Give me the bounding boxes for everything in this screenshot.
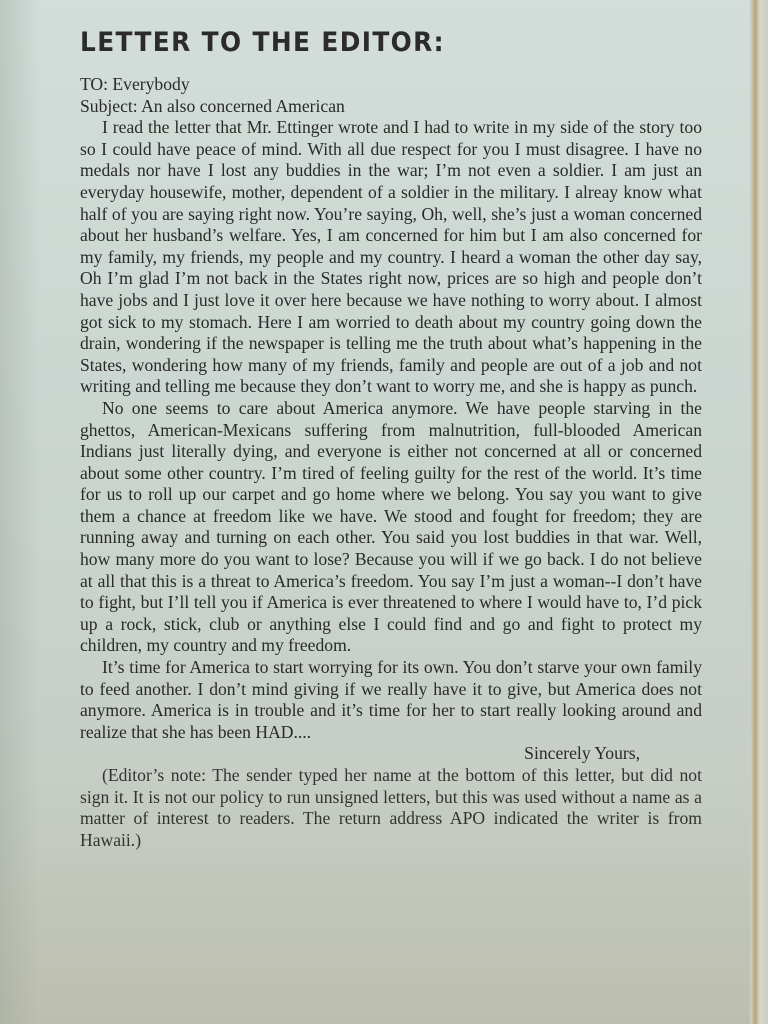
subject-line: Subject: An also concerned American <box>80 96 702 118</box>
body-paragraph-2: No one seems to care about America anymo… <box>80 398 702 657</box>
editors-note: (Editor’s note: The sender typed her nam… <box>80 765 702 851</box>
article-title: LETTER TO THE EDITOR: <box>80 26 652 60</box>
scanned-page: LETTER TO THE EDITOR: TO: Everybody Subj… <box>0 0 768 1024</box>
signoff: Sincerely Yours, <box>80 743 702 765</box>
body-paragraph-3: It’s time for America to start worrying … <box>80 657 702 743</box>
page-edge <box>750 0 768 1024</box>
letter-article: LETTER TO THE EDITOR: TO: Everybody Subj… <box>80 26 702 851</box>
body-paragraph-1: I read the letter that Mr. Ettinger wrot… <box>80 117 702 398</box>
to-line: TO: Everybody <box>80 74 702 96</box>
